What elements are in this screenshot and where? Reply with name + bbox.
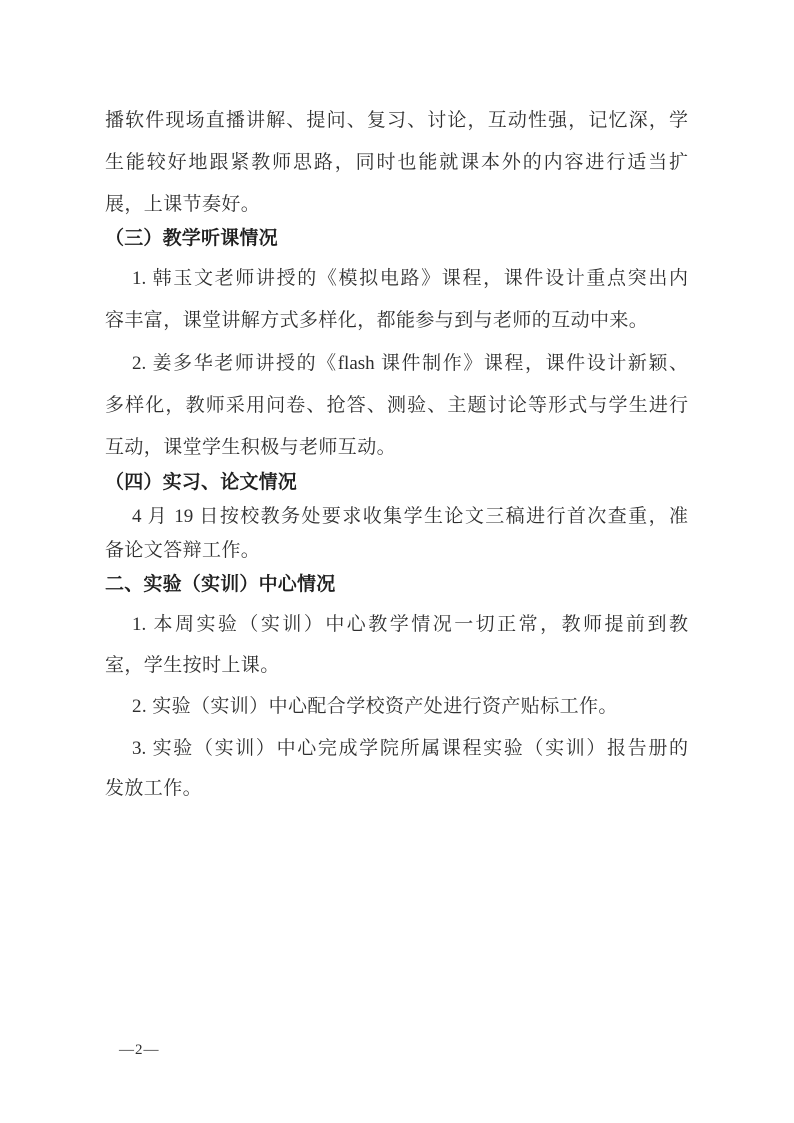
- paragraph-han-yuwen-course: 1. 韩玉文老师讲授的《模拟电路》课程，课件设计重点突出内 容丰富，课堂讲解方式…: [105, 258, 688, 342]
- text-line: 容丰富，课堂讲解方式多样化，都能参与到与老师的互动中来。: [105, 300, 688, 342]
- page-number: —2—: [119, 1041, 160, 1059]
- text-line: 生能较好地跟紧教师思路，同时也能就课本外的内容进行适当扩: [105, 142, 688, 184]
- paragraph-jiang-duohua-course: 2. 姜多华老师讲授的《flash 课件制作》课程，课件设计新颖、 多样化，教师…: [105, 343, 688, 469]
- text-line: 互动，课堂学生积极与老师互动。: [105, 427, 688, 469]
- text-line: 展，上课节奏好。: [105, 184, 688, 226]
- paragraph-lab-asset-labeling: 2. 实验（实训）中心配合学校资产处进行资产贴标工作。: [105, 686, 688, 728]
- text-line: 4 月 19 日按校教务处要求收集学生论文三稿进行首次查重，准: [105, 500, 688, 534]
- paragraph-lab-report-booklets: 3. 实验（实训）中心完成学院所属课程实验（实训）报告册的 发放工作。: [105, 729, 688, 809]
- section-heading-class-observation: （三）教学听课情况: [105, 224, 688, 254]
- section-heading-lab-center: 二、实验（实训）中心情况: [105, 570, 688, 600]
- text-line: 3. 实验（实训）中心完成学院所属课程实验（实训）报告册的: [105, 729, 688, 769]
- paragraph-thesis-check: 4 月 19 日按校教务处要求收集学生论文三稿进行首次查重，准 备论文答辩工作。: [105, 500, 688, 568]
- text-line: 室，学生按时上课。: [105, 645, 688, 686]
- text-line: 1. 本周实验（实训）中心教学情况一切正常，教师提前到教: [105, 604, 688, 645]
- text-line: 备论文答辩工作。: [105, 534, 688, 568]
- paragraph-live-teaching-continued: 播软件现场直播讲解、提问、复习、讨论，互动性强，记忆深，学 生能较好地跟紧教师思…: [105, 100, 688, 226]
- heading-text: （三）教学听课情况: [105, 224, 688, 254]
- text-line: 2. 姜多华老师讲授的《flash 课件制作》课程，课件设计新颖、: [105, 343, 688, 385]
- paragraph-lab-normal: 1. 本周实验（实训）中心教学情况一切正常，教师提前到教 室，学生按时上课。: [105, 604, 688, 686]
- text-line: 2. 实验（实训）中心配合学校资产处进行资产贴标工作。: [105, 686, 688, 728]
- text-line: 播软件现场直播讲解、提问、复习、讨论，互动性强，记忆深，学: [105, 100, 688, 142]
- section-heading-internship-thesis: （四）实习、论文情况: [105, 468, 688, 498]
- document-page: 播软件现场直播讲解、提问、复习、讨论，互动性强，记忆深，学 生能较好地跟紧教师思…: [0, 0, 794, 1123]
- heading-text: （四）实习、论文情况: [105, 468, 688, 498]
- text-line: 发放工作。: [105, 769, 688, 809]
- text-line: 1. 韩玉文老师讲授的《模拟电路》课程，课件设计重点突出内: [105, 258, 688, 300]
- text-line: 多样化，教师采用问卷、抢答、测验、主题讨论等形式与学生进行: [105, 385, 688, 427]
- heading-text: 二、实验（实训）中心情况: [105, 570, 688, 600]
